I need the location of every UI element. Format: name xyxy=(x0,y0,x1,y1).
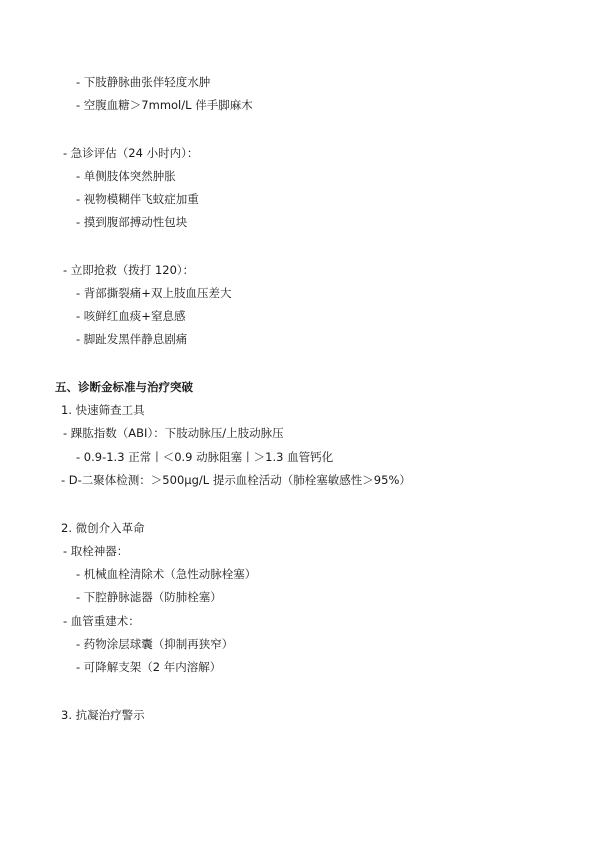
text-line: - 视物模糊伴飞蚊症加重 xyxy=(76,191,199,207)
text-line: - 下肢静脉曲张伴轻度水肿 xyxy=(76,74,210,90)
text-line: 3. 抗凝治疗警示 xyxy=(61,707,145,723)
text-line: - 单侧肢体突然肿胀 xyxy=(76,168,176,184)
text-line: 1. 快速筛查工具 xyxy=(61,402,145,418)
text-line: - 急诊评估（24 小时内）： xyxy=(63,145,198,161)
text-line: - 取栓神器： xyxy=(63,543,128,559)
text-line: - 机械血栓清除术（急性动脉栓塞） xyxy=(76,566,256,582)
text-line: - 药物涂层球囊（抑制再狭窄） xyxy=(76,636,233,652)
text-line: - 0.9-1.3 正常丨＜0.9 动脉阻塞丨＞1.3 血管钙化 xyxy=(76,449,333,465)
text-line: - 立即抢救（拨打 120）： xyxy=(63,262,194,278)
text-line: - 空腹血糖＞7mmol/L 伴手脚麻木 xyxy=(76,97,253,113)
section-heading: 五、诊断金标准与治疗突破 xyxy=(55,379,193,395)
text-line: - 下腔静脉滤器（防肺栓塞） xyxy=(76,589,222,605)
text-line: - 摸到腹部搏动性包块 xyxy=(76,214,187,230)
text-line: - 可降解支架（2 年内溶解） xyxy=(76,659,221,675)
text-line: - 踝肱指数（ABI）：下肢动脉压/上肢动脉压 xyxy=(63,425,284,441)
text-line: - 脚趾发黑伴静息剧痛 xyxy=(76,331,187,347)
text-line: - D-二聚体检测：＞500μg/L 提示血栓活动（肺栓塞敏感性＞95%） xyxy=(61,472,411,488)
text-line: - 咳鲜红血痰+窒息感 xyxy=(76,308,185,324)
text-line: 2. 微创介入革命 xyxy=(61,520,145,536)
text-line: - 血管重建术： xyxy=(63,613,140,629)
text-line: - 背部撕裂痛+双上肢血压差大 xyxy=(76,285,231,301)
